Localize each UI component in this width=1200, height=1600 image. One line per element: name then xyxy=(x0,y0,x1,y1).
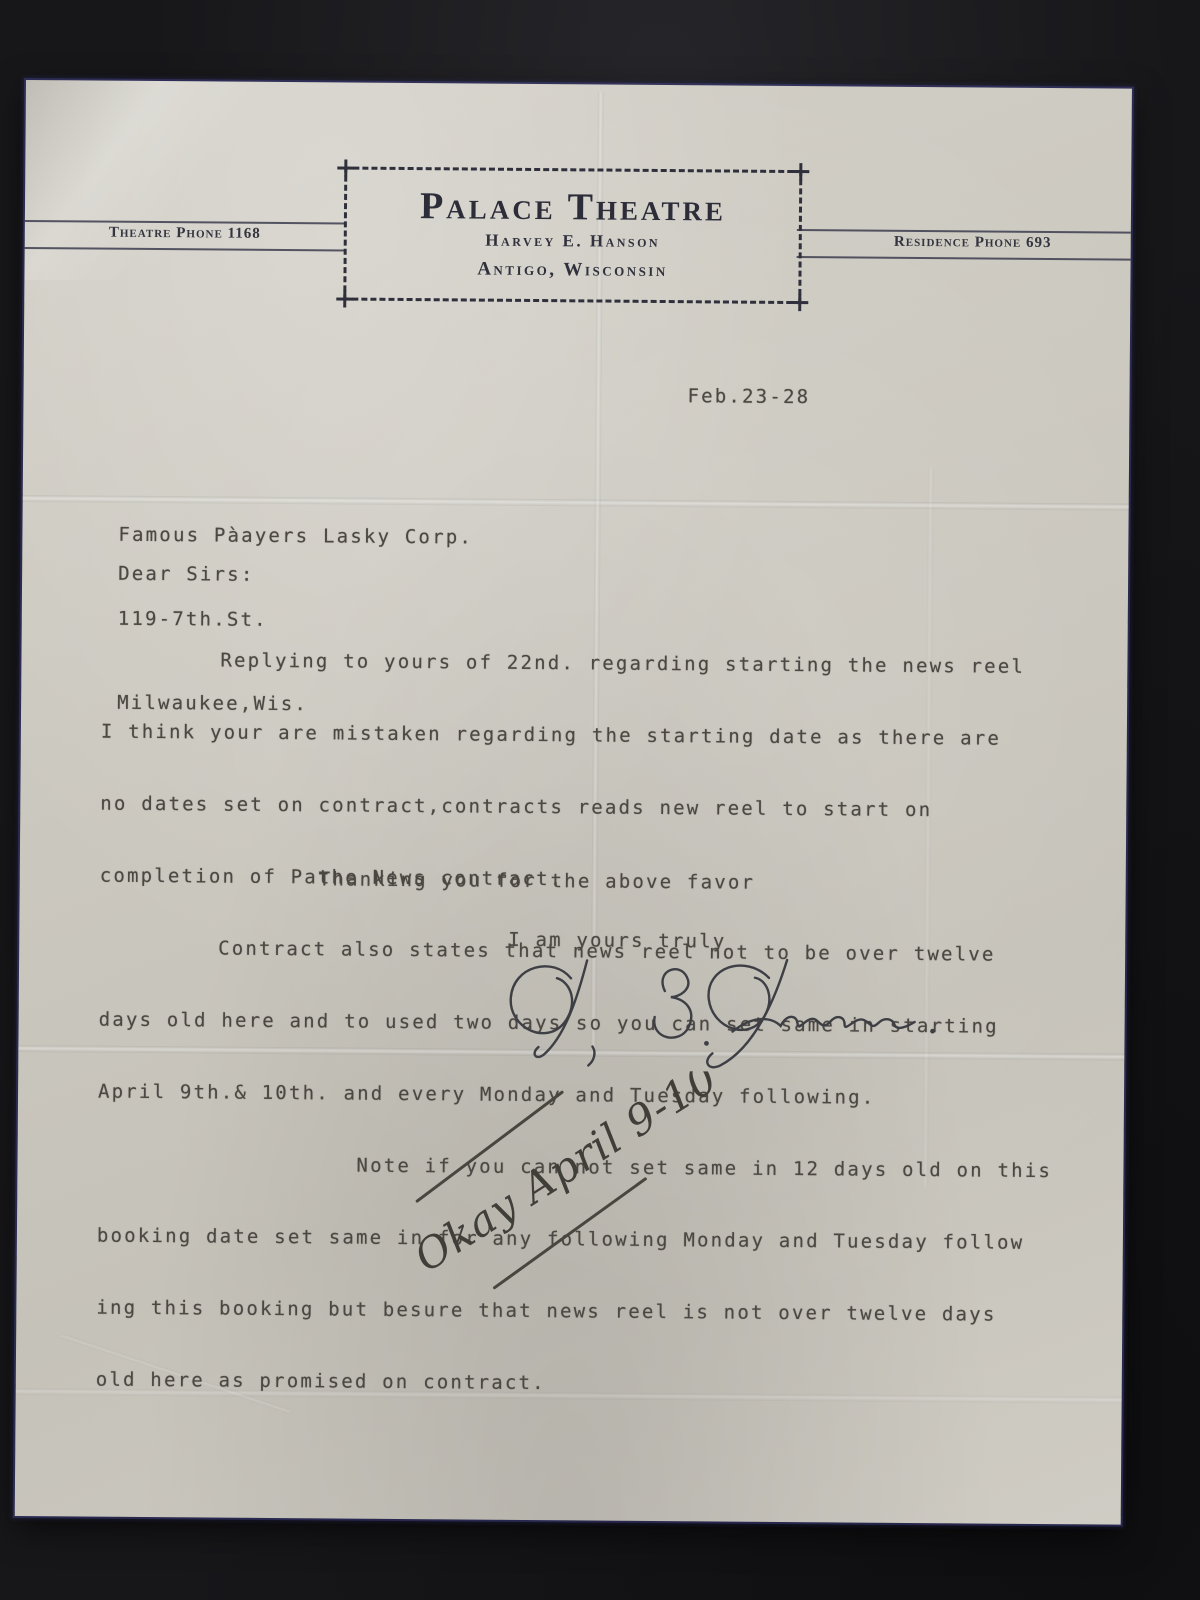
letter-paper: Theatre Phone 1168 Residence Phone 693 P… xyxy=(15,80,1132,1525)
corner-fold-shading xyxy=(24,80,286,282)
border-cross-ornament xyxy=(337,159,354,176)
salutation: Dear Sirs: xyxy=(118,563,255,586)
theatre-name: Palace Theatre xyxy=(420,187,726,227)
theatre-location: Antigo, Wisconsin xyxy=(477,256,668,283)
body-line: old here as promised on contract. xyxy=(96,1368,1076,1400)
closing-line: I am yours truly xyxy=(508,929,726,953)
border-cross-ornament xyxy=(336,290,353,307)
theatre-owner: Harvey E. Hanson xyxy=(485,229,660,253)
border-cross-ornament xyxy=(791,294,808,311)
residence-phone-label: Residence Phone 693 xyxy=(843,233,1103,252)
theatre-phone-label: Theatre Phone 1168 xyxy=(55,224,315,243)
body-line: I think your are mistaken regarding the … xyxy=(101,720,1081,752)
body-line: Replying to yours of 22nd. regarding sta… xyxy=(101,648,1081,680)
letterhead-box: Palace Theatre Harvey E. Hanson Antigo, … xyxy=(343,167,802,305)
recipient-name: Famous Pàayers Lasky Corp. xyxy=(118,521,473,552)
letter-date: Feb.23-28 xyxy=(687,385,810,408)
pencil-annotation: Okay April 9-10 xyxy=(394,1069,736,1312)
body-line: no dates set on contract,contracts reads… xyxy=(100,792,1080,824)
thanks-line: Thanking you for the above favor xyxy=(319,868,756,893)
letterhead-rule-right-bottom xyxy=(797,256,1131,261)
border-cross-ornament xyxy=(792,163,809,180)
